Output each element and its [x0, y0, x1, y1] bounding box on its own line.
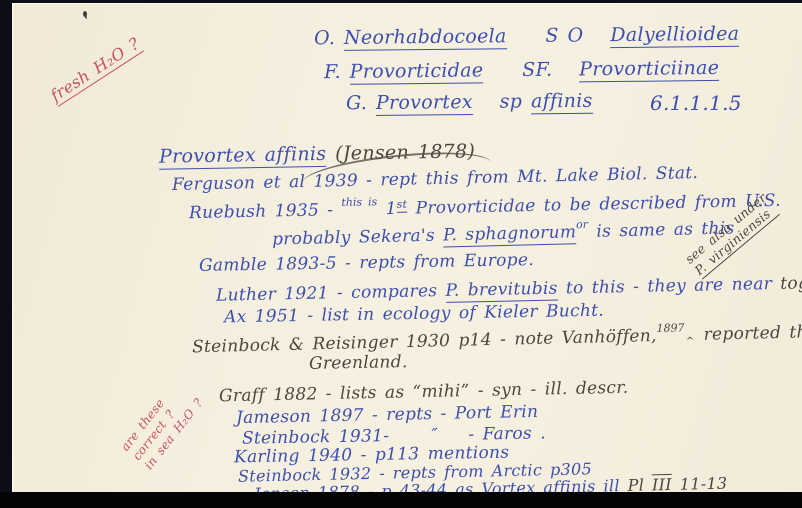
steinbock-reisinger-rest: reported this from: [703, 321, 802, 345]
subfamily-name: Provorticiinae: [579, 57, 719, 82]
entry-greenland: Greenland.: [309, 352, 408, 374]
superorder-prefix: S O: [545, 24, 583, 46]
entry-graff: Graff 1882 - lists as “mihi” - syn - ill…: [219, 378, 629, 407]
genus-name: Provortex: [376, 91, 473, 116]
ink-speck: [83, 11, 87, 17]
ruebush-insert: this is: [341, 195, 377, 209]
order-prefix: O.: [314, 27, 335, 49]
genus-prefix: G.: [346, 92, 367, 114]
family-name: Provorticidae: [350, 59, 484, 84]
steinbock-reisinger-lead: Steinbock & Reisinger 1930 p14 - note Va…: [192, 326, 657, 357]
ruebush-ordinal-suffix: st: [397, 198, 408, 213]
order-name: Neorhabdocoela: [344, 25, 507, 51]
species-abbrev: sp: [500, 90, 523, 112]
luther-species: P. brevitubis: [445, 279, 558, 303]
scanned-index-card-photo: fresh H₂O ? O. Neorhabdocoela S O Dalyel…: [0, 0, 802, 508]
ruebush-lead: Ruebush 1935 -: [189, 200, 334, 223]
photo-background-band: [0, 492, 802, 508]
catalog-number: 6.1.1.1.5: [650, 91, 742, 115]
sekera-species: P. sphagnorum: [443, 222, 577, 247]
entry-ax: Ax 1951 - list in ecology of Kieler Buch…: [224, 301, 604, 328]
insertion-caret: ^: [686, 336, 695, 347]
ruebush-rest: Provorticidae to be described from U.S.: [415, 191, 781, 219]
entry-sekera: probably Sekera's P. sphagnorumor is sam…: [272, 218, 735, 249]
ruebush-ordinal: 1: [385, 199, 397, 219]
title-species: Provortex affinis: [159, 143, 327, 170]
luther-end: together: [780, 272, 802, 294]
taxonomy-line-genus: G. Provortex sp affinis: [346, 90, 593, 115]
family-prefix: F.: [324, 61, 341, 83]
taxonomy-line-order: O. Neorhabdocoela S O Dalyellioidea: [314, 23, 740, 49]
species-name: affinis: [531, 90, 593, 115]
luther-lead: Luther 1921 - compares: [216, 281, 438, 306]
steinbock-reisinger-insert: 1897: [656, 321, 684, 335]
entry-luther: Luther 1921 - compares P. brevitubis to …: [216, 272, 802, 305]
fresh-water-note-text: fresh H₂O ?: [47, 34, 144, 107]
jensen-figures: 11-13: [680, 474, 728, 494]
steinbock31-rest: - Faros .: [468, 423, 546, 444]
taxonomy-line-family: F. Provorticidae SF. Provorticiinae: [324, 57, 720, 83]
sekera-insert: or: [576, 218, 588, 231]
sekera-lead: probably Sekera's: [272, 226, 435, 250]
ditto-mark: ″: [431, 425, 438, 445]
entry-gamble: Gamble 1893-5 - repts from Europe.: [199, 250, 534, 276]
superorder-name: Dalyellioidea: [610, 23, 739, 48]
entry-ruebush: Ruebush 1935 - this is 1st Provorticidae…: [189, 191, 781, 223]
sea-water-margin-note: are these correct ? in sea H₂O ?: [118, 377, 206, 473]
luther-mid: to this - they are near: [566, 274, 773, 298]
subfamily-prefix: SF.: [522, 59, 552, 81]
index-card: fresh H₂O ? O. Neorhabdocoela S O Dalyel…: [12, 3, 802, 495]
fresh-water-margin-note: fresh H₂O ?: [48, 35, 142, 104]
